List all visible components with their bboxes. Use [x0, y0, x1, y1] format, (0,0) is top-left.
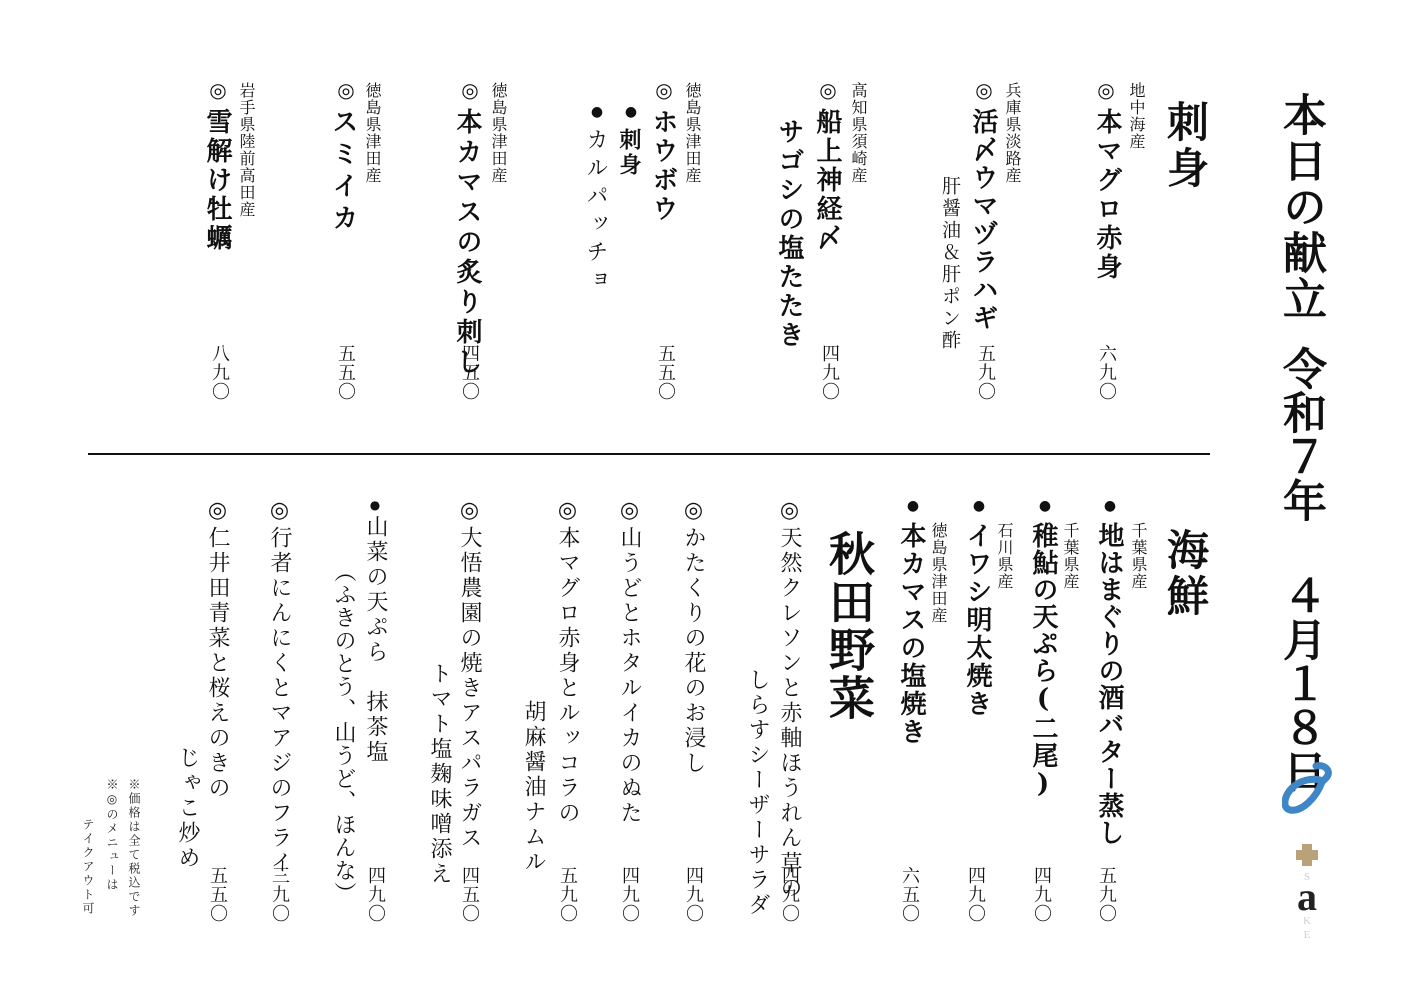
- item-price: 五九〇: [976, 344, 994, 401]
- menu-item-name: ◎天然クレソンと赤軸ほうれん草の: [778, 498, 800, 901]
- note-takeout-cont: テイクアウト可: [82, 818, 94, 916]
- bullet-icon: ●: [1103, 498, 1117, 514]
- menu-item-name: ◎大悟農園の焼きアスパラガス: [458, 498, 480, 851]
- menu-item-name: イワシ明太焼き: [964, 522, 990, 718]
- note-tax-included: ※価格は全て税込です: [128, 778, 140, 918]
- double-circle-icon: ◎: [336, 78, 356, 102]
- item-price: 四九〇: [620, 866, 638, 923]
- menu-item-name: ◎山うどとホタルイカのぬた: [618, 498, 640, 826]
- bullet-icon: ●: [590, 104, 604, 120]
- bullet-icon: ●: [624, 104, 638, 120]
- item-origin: 徳島県津田産: [684, 82, 700, 184]
- double-circle-icon: ◎: [555, 498, 580, 526]
- page-title: 本日の献立: [1278, 92, 1322, 322]
- date: 令和７年 ４月１８日: [1278, 346, 1322, 793]
- double-circle-icon: ◎: [777, 498, 802, 526]
- item-origin: 徳島県津田産: [930, 522, 946, 624]
- menu-item-name: スミイカ: [330, 108, 356, 236]
- section-divider: [88, 453, 1210, 455]
- menu-item-name: ホウボウ: [650, 108, 676, 224]
- menu-item-name: ◎行者にんにくとマアジのフライ: [268, 498, 290, 876]
- double-circle-icon: ◎: [818, 78, 838, 102]
- item-price: 四五〇: [460, 866, 478, 923]
- item-price: 四九〇: [366, 866, 384, 923]
- note-takeout: ※◎のメニューは: [106, 778, 118, 892]
- item-origin: 高知県須崎産: [850, 82, 866, 184]
- item-origin: 徳島県津田産: [490, 82, 506, 184]
- item-price: 四五〇: [460, 344, 478, 401]
- bullet-icon: ●: [368, 498, 382, 515]
- item-subtitle: 胡麻醤油ナムル: [522, 700, 544, 875]
- item-price: 四九〇: [966, 866, 984, 923]
- item-subtitle: じゃこ炒め: [176, 746, 198, 871]
- menu-item-name: 雪解け牡蠣: [204, 108, 230, 253]
- item-origin: 岩手県陸前高田産: [238, 82, 254, 218]
- item-origin: 千葉県産: [1130, 522, 1146, 590]
- item-origin: 兵庫県淡路産: [1004, 82, 1020, 184]
- item-subtitle: （ふきのとう、山うど、ほんな）: [332, 560, 354, 905]
- menu-item-name: 地はまぐりの酒バター蒸し: [1096, 522, 1122, 846]
- item-price: 四九〇: [1032, 866, 1050, 923]
- item-price: 八九〇: [210, 344, 228, 401]
- bullet-icon: ●: [906, 498, 920, 514]
- menu-item-name: 本カマスの塩焼き: [898, 522, 924, 746]
- menu-item-name: 本マグロ赤身: [1094, 108, 1120, 282]
- item-subtitle: トマト塩麹味噌添え: [428, 662, 450, 887]
- section-heading-akita-yasai: 秋田野菜: [826, 530, 872, 722]
- double-circle-icon: ◎: [617, 498, 642, 526]
- item-price: 四九〇: [820, 344, 838, 401]
- item-price: 五九〇: [558, 866, 576, 923]
- double-circle-icon: ◎: [208, 78, 228, 102]
- menu-item-name: ◎仁井田青菜と桜えのきの: [206, 498, 228, 801]
- item-subtitle: サゴシの塩たたき: [776, 118, 802, 350]
- menu-item-name: 活〆ウマヅラハギ: [970, 108, 996, 332]
- item-price: 五五〇: [208, 866, 226, 923]
- section-heading-kaisen: 海鮮: [1164, 528, 1206, 620]
- item-price: 五五〇: [656, 344, 674, 401]
- menu-item-name: 稚鮎の天ぷら(二尾): [1030, 522, 1056, 800]
- menu-item-name: ◎かたくりの花のお浸し: [682, 498, 704, 776]
- double-circle-icon: ◎: [681, 498, 706, 526]
- svg-text:a: a: [1297, 874, 1317, 919]
- option-carpaccio: カルパッチョ: [584, 128, 606, 296]
- menu-item-name: 本カマスの炙り刺し: [454, 108, 480, 378]
- item-subtitle: しらすシーザーサラダ: [746, 668, 768, 918]
- double-circle-icon: ◎: [974, 78, 994, 102]
- section-heading-sashimi: 刺身: [1164, 100, 1206, 192]
- item-origin: 千葉県産: [1062, 522, 1078, 590]
- bullet-icon: ●: [1038, 498, 1052, 514]
- double-circle-icon: ◎: [1096, 78, 1116, 102]
- bullet-icon: ●: [972, 498, 986, 514]
- item-price: 四九〇: [780, 866, 798, 923]
- item-origin: 地中海産: [1128, 82, 1144, 150]
- double-circle-icon: ◎: [267, 498, 292, 526]
- item-origin: 石川県産: [996, 522, 1012, 590]
- menu-item-name: ●山菜の天ぷら 抹茶塩: [364, 498, 386, 765]
- menu-item-name: ◎本マグロ赤身とルッコラの: [556, 498, 578, 826]
- item-subtitle: 肝醤油＆肝ポン酢: [940, 176, 959, 352]
- double-circle-icon: ◎: [205, 498, 230, 526]
- option-sashimi: 刺身: [618, 128, 640, 178]
- item-price: 六五〇: [900, 866, 918, 923]
- svg-text:E: E: [1304, 929, 1311, 941]
- item-price: 五五〇: [336, 344, 354, 401]
- item-price: 六九〇: [1097, 344, 1115, 401]
- double-circle-icon: ◎: [654, 78, 674, 102]
- item-origin: 徳島県津田産: [364, 82, 380, 184]
- item-price: 三九〇: [270, 866, 288, 923]
- double-circle-icon: ◎: [457, 498, 482, 526]
- shop-logo: S a K E: [1282, 762, 1332, 942]
- mi-logo-icon: S a K E: [1282, 762, 1332, 942]
- double-circle-icon: ◎: [460, 78, 480, 102]
- svg-text:K: K: [1303, 915, 1311, 927]
- menu-item-name: 船上神経〆: [814, 108, 840, 253]
- item-price: 四九〇: [684, 866, 702, 923]
- item-price: 五九〇: [1097, 866, 1115, 923]
